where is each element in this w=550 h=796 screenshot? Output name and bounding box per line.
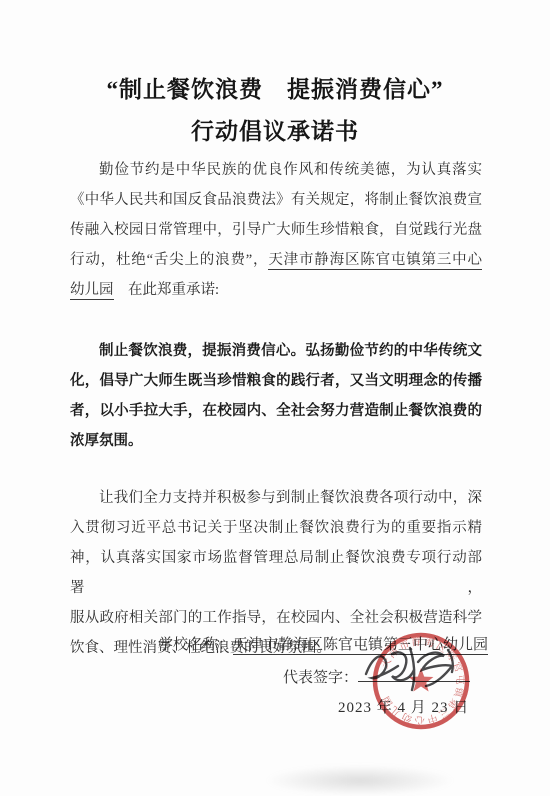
text-line: 勤俭节约是中华民族的优良作风和传统美德，为认真落实 bbox=[70, 155, 482, 185]
star-icon bbox=[409, 668, 434, 692]
text-line: 让我们全力支持并积极参与到制止餐饮浪费各项行动中，深 bbox=[70, 483, 482, 513]
text-line: 浓厚氛围。 bbox=[70, 426, 482, 456]
scan-shadow-artifact bbox=[265, 765, 455, 796]
paragraph-pledge-bold: 制止餐饮浪费，提振消费信心。弘扬勤俭节约的中华传统文 化，倡导广大师生既当珍惜粮… bbox=[70, 336, 482, 456]
document-title-line2: 行动倡议承诺书 bbox=[0, 118, 550, 146]
text-line: 传融入校园日常管理中，引导广大师生珍惜粮食，自觉践行光盘 bbox=[70, 215, 482, 245]
text-line-school-end: 幼儿园 在此郑重承诺: bbox=[70, 275, 482, 305]
text-line: 者，以小手拉大手，在校园内、全社会努力营造制止餐饮浪费的 bbox=[70, 396, 482, 426]
text-line-school-start: 行动，杜绝“舌尖上的浪费”，天津市静海区陈官屯镇第三中心 bbox=[70, 245, 482, 275]
paragraph-intro: 勤俭节约是中华民族的优良作风和传统美德，为认真落实 《中华人民共和国反食品浪费法… bbox=[70, 155, 482, 305]
text-line: 《中华人民共和国反食品浪费法》有关规定，将制止餐饮浪费宣 bbox=[70, 185, 482, 215]
text-line: 入贯彻习近平总书记关于坚决制止餐饮浪费行为的重要指示精 bbox=[70, 513, 482, 543]
school-name-label: 学校名称： bbox=[158, 637, 233, 653]
text-line: 化，倡导广大师生既当珍惜粮食的践行者，又当文明理念的传播 bbox=[70, 366, 482, 396]
text-line: 神，认真落实国家市场监督管理总局制止餐饮浪费专项行动部署， bbox=[70, 543, 482, 603]
official-seal-stamp: 天津市静海区陈官屯镇第三中心幼儿园 bbox=[369, 629, 473, 733]
text-segment: 行动，杜绝“舌尖上的浪费”， bbox=[70, 252, 268, 268]
document-title-line1: “制止餐饮浪费 提振消费信心” bbox=[0, 76, 550, 104]
document-page: “制止餐饮浪费 提振消费信心” 行动倡议承诺书 勤俭节约是中华民族的优良作风和传… bbox=[0, 0, 550, 796]
representative-signature-label: 代表签字： bbox=[283, 670, 358, 686]
text-line: 制止餐饮浪费，提振消费信心。弘扬勤俭节约的中华传统文 bbox=[70, 336, 482, 366]
school-name-underlined-part1: 天津市静海区陈官屯镇第三中心 bbox=[268, 252, 482, 270]
text-segment: 在此郑重承诺: bbox=[114, 282, 220, 298]
school-name-underlined-part2: 幼儿园 bbox=[70, 282, 114, 300]
